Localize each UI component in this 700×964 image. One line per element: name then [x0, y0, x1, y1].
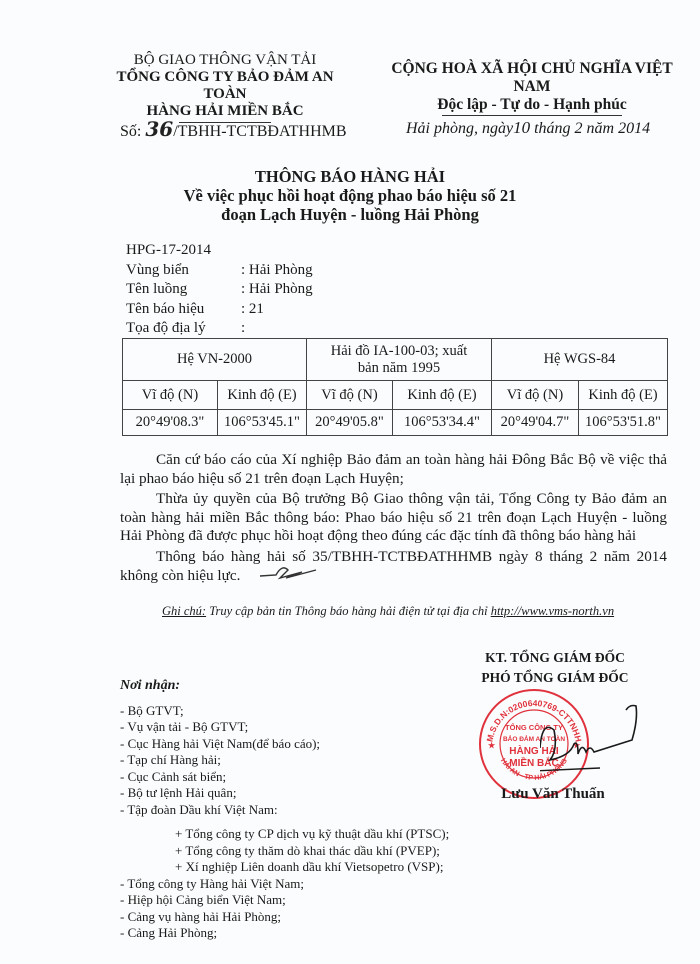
- handwritten-signature: [540, 700, 640, 780]
- list-item: - Bộ tư lệnh Hải quân;: [120, 785, 449, 802]
- country-name: CỘNG HOÀ XÃ HỘI CHỦ NGHĨA VIỆT NAM: [372, 60, 692, 96]
- handwritten-day: 10: [513, 118, 530, 137]
- number-prefix: Số:: [120, 123, 145, 140]
- table-column-row: Vĩ độ (N) Kinh độ (E) Vĩ độ (N) Kinh độ …: [123, 381, 668, 410]
- list-item: - Cảng vụ hàng hải Hải Phòng;: [120, 909, 449, 926]
- svg-text:★: ★: [488, 741, 496, 750]
- motto-divider: [442, 115, 622, 116]
- info-label: Tên luồng: [126, 280, 241, 300]
- info-value: : Hải Phòng: [241, 261, 313, 281]
- notice-code: HPG-17-2014: [126, 241, 313, 261]
- list-item: - Tổng công ty Hàng hải Việt Nam;: [120, 876, 449, 893]
- info-row: Tọa độ địa lý:: [126, 319, 313, 339]
- column-header: Kinh độ (E): [218, 381, 307, 410]
- list-subitem: + Xí nghiệp Liên doanh dầu khí Vietsopet…: [120, 859, 449, 876]
- national-header: CỘNG HOÀ XÃ HỘI CHỦ NGHĨA VIỆT NAM Độc l…: [372, 60, 692, 116]
- note-text: Truy cập bản tin Thông báo hàng hải điện…: [206, 604, 491, 618]
- initials-scribble: [258, 560, 318, 584]
- info-row: Tên báo hiệu: 21: [126, 300, 313, 320]
- document-number: Số: 36/TBHH-TCTBĐATHHMB: [120, 117, 347, 141]
- paragraph-basis: Căn cứ báo cáo của Xí nghiệp Bảo đảm an …: [120, 451, 667, 488]
- column-header: Kinh độ (E): [579, 381, 668, 410]
- column-header: Vĩ độ (N): [492, 381, 579, 410]
- group-header: Hải đồ IA-100-03; xuất bản năm 1995: [307, 339, 492, 381]
- info-value: : Hải Phòng: [241, 280, 313, 300]
- date-suffix: tháng 2 năm 2014: [530, 120, 650, 137]
- issuing-organization: BỘ GIAO THÔNG VẬN TẢI TỔNG CÔNG TY BẢO Đ…: [100, 52, 350, 123]
- paragraph-announcement: Thừa ủy quyền của Bộ trưởng Bộ Giao thôn…: [120, 490, 667, 546]
- ministry-name: BỘ GIAO THÔNG VẬN TẢI: [100, 52, 350, 69]
- list-item: - Cục Cảnh sát biển;: [120, 769, 449, 786]
- recipients-heading: Nơi nhận:: [120, 678, 449, 695]
- table-cell: 20°49'05.8": [307, 410, 393, 436]
- notice-info: HPG-17-2014 Vùng biển: Hải Phòng Tên luồ…: [126, 241, 313, 339]
- title-main: THÔNG BÁO HÀNG HẢI: [150, 167, 550, 186]
- paragraph-text: Thừa ủy quyền của Bộ trưởng Bộ Giao thôn…: [120, 490, 667, 544]
- info-row: Vùng biển: Hải Phòng: [126, 261, 313, 281]
- list-item: - Bộ GTVT;: [120, 703, 449, 720]
- title-subtitle-line2: đoạn Lạch Huyện - luồng Hải Phòng: [150, 205, 550, 224]
- website-link[interactable]: http://www.vms-north.vn: [491, 604, 614, 618]
- list-item: - Tập đoàn Dầu khí Việt Nam:: [120, 802, 449, 819]
- info-label: Vùng biển: [126, 261, 241, 281]
- document-date: Hải phòng, ngày10 tháng 2 năm 2014: [406, 118, 650, 138]
- table-cell: 20°49'04.7": [492, 410, 579, 436]
- table-cell: 106°53'51.8": [579, 410, 668, 436]
- signer-name: Lưu Văn Thuấn: [478, 786, 628, 803]
- signer-title-line1: KT. TỔNG GIÁM ĐỐC: [455, 648, 655, 668]
- recipients-list: Nơi nhận: - Bộ GTVT; - Vụ vận tải - Bộ G…: [120, 678, 449, 942]
- group-header: Hệ VN-2000: [123, 339, 307, 381]
- info-label: Tọa độ địa lý: [126, 319, 241, 339]
- info-value: :: [241, 319, 245, 339]
- title-subtitle-line1: Về việc phục hồi hoạt động phao báo hiệu…: [150, 186, 550, 205]
- column-header: Vĩ độ (N): [123, 381, 218, 410]
- table-cell: 20°49'08.3": [123, 410, 218, 436]
- number-suffix: /TBHH-TCTBĐATHHMB: [173, 123, 346, 140]
- signer-title-line2: PHÓ TỔNG GIÁM ĐỐC: [455, 668, 655, 688]
- group-header: Hệ WGS-84: [492, 339, 668, 381]
- paragraph-text: Thông báo hàng hải số 35/TBHH-TCTBĐATHHM…: [120, 548, 667, 584]
- list-subitem: + Tổng công ty thăm dò khai thác dầu khí…: [120, 843, 449, 860]
- list-item: - Cảng Hải Phòng;: [120, 925, 449, 942]
- list-item: - Cục Hàng hải Việt Nam(để báo cáo);: [120, 736, 449, 753]
- paragraph-supersede: Thông báo hàng hải số 35/TBHH-TCTBĐATHHM…: [120, 548, 667, 585]
- list-item: - Vụ vận tải - Bộ GTVT;: [120, 719, 449, 736]
- info-label: Tên báo hiệu: [126, 300, 241, 320]
- list-subitem: + Tổng công ty CP dịch vụ kỹ thuật dầu k…: [120, 826, 449, 843]
- info-row: Tên luồng: Hải Phòng: [126, 280, 313, 300]
- national-motto: Độc lập - Tự do - Hạnh phúc: [372, 96, 692, 114]
- date-prefix: Hải phòng, ngày: [406, 120, 513, 137]
- notice-title: THÔNG BÁO HÀNG HẢI Về việc phục hồi hoạt…: [150, 167, 550, 224]
- list-item: - Hiệp hội Cảng biển Việt Nam;: [120, 892, 449, 909]
- table-row: 20°49'08.3" 106°53'45.1" 20°49'05.8" 106…: [123, 410, 668, 436]
- note-line: Ghi chú: Truy cập bản tin Thông báo hàng…: [162, 604, 614, 619]
- paragraph-text: Căn cứ báo cáo của Xí nghiệp Bảo đảm an …: [120, 451, 667, 487]
- info-value: : 21: [241, 300, 264, 320]
- table-cell: 106°53'45.1": [218, 410, 307, 436]
- company-name-line1: TỔNG CÔNG TY BẢO ĐẢM AN TOÀN: [100, 69, 350, 103]
- list-item: - Tạp chí Hàng hải;: [120, 752, 449, 769]
- coordinates-table: Hệ VN-2000 Hải đồ IA-100-03; xuất bản nă…: [122, 338, 668, 436]
- column-header: Kinh độ (E): [393, 381, 492, 410]
- handwritten-number: 36: [145, 117, 173, 141]
- note-label: Ghi chú:: [162, 604, 206, 618]
- signer-title: KT. TỔNG GIÁM ĐỐC PHÓ TỔNG GIÁM ĐỐC: [455, 648, 655, 688]
- table-cell: 106°53'34.4": [393, 410, 492, 436]
- column-header: Vĩ độ (N): [307, 381, 393, 410]
- table-header-row: Hệ VN-2000 Hải đồ IA-100-03; xuất bản nă…: [123, 339, 668, 381]
